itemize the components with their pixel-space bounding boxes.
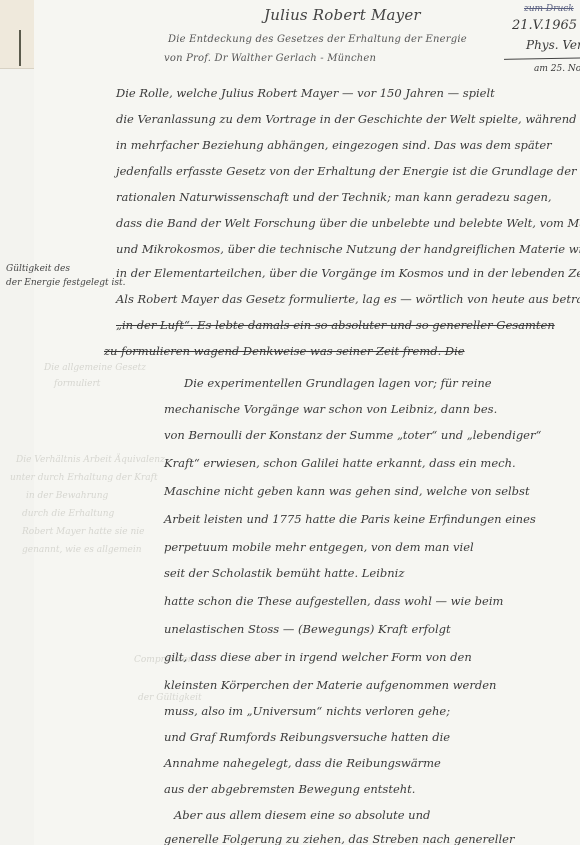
corner-note-struck: zum Druck — [524, 4, 574, 14]
body-line: rationalen Naturwissenschaft und der Tec… — [116, 190, 552, 204]
document-title: Julius Robert Mayer — [264, 6, 421, 24]
body-line: Die experimentellen Grundlagen lagen vor… — [184, 376, 492, 390]
body-line: hatte schon die These aufgestellen, dass… — [164, 594, 503, 608]
margin-note-line: Gültigkeit des — [6, 262, 125, 276]
body-line: kleinsten Körperchen der Materie aufgeno… — [164, 678, 496, 692]
body-line: Die Rolle, welche Julius Robert Mayer — … — [116, 86, 495, 100]
corner-note-rule — [504, 57, 580, 60]
body-line: gilt, dass diese aber in irgend welcher … — [164, 650, 472, 664]
body-line: die Veranlassung zu dem Vortrage in der … — [116, 112, 580, 126]
body-line-struck: zu formulieren wagend Denkweise was sein… — [104, 344, 465, 358]
body-line: und Graf Rumfords Reibungsversuche hatte… — [164, 730, 450, 744]
body-line: und Mikrokosmos, über die technische Nut… — [116, 242, 580, 256]
bleedthrough-text: genannt, wie es allgemein — [22, 542, 142, 558]
body-line: muss, also im „Universum“ nichts verlore… — [164, 704, 450, 718]
manuscript-page: Julius Robert Mayer Die Entdeckung des G… — [34, 0, 580, 845]
body-line: seit der Scholastik bemüht hatte. Leibni… — [164, 566, 404, 580]
body-line: Aber aus allem diesem eine so absolute u… — [174, 808, 430, 822]
body-line: mechanische Vorgänge war schon von Leibn… — [164, 402, 497, 416]
body-line: unelastischen Stoss — (Bewegungs) Kraft … — [164, 622, 451, 636]
tab-mark — [19, 30, 21, 66]
body-line: Annahme nahegelegt, dass die Reibungswär… — [164, 756, 441, 770]
bleedthrough-text: in der Bewahrung — [26, 488, 108, 504]
corner-note-addendum: am 25. November — [534, 64, 580, 74]
body-line: Arbeit leisten und 1775 hatte die Paris … — [164, 512, 536, 526]
body-line: dass die Band der Welt Forschung über di… — [116, 216, 580, 230]
body-line: jedenfalls erfasste Gesetz von der Erhal… — [116, 164, 577, 178]
bleedthrough-text: unter durch Erhaltung der Kraft — [10, 470, 158, 486]
body-line: Als Robert Mayer das Gesetz formulierte,… — [116, 292, 580, 306]
corner-note-recipient: Phys. Ver. Tor. — [526, 38, 580, 52]
body-line: von Bernoulli der Konstanz der Summe „to… — [164, 428, 541, 442]
body-line: in der Elementarteilchen, über die Vorgä… — [116, 266, 580, 280]
archive-tab — [0, 0, 37, 69]
bleedthrough-text: durch die Erhaltung — [22, 506, 114, 522]
document-author: von Prof. Dr Walther Gerlach - München — [164, 53, 376, 64]
bleedthrough-text: Robert Mayer hatte sie nie — [22, 524, 144, 540]
bleedthrough-text: Die allgemeine Gesetz — [44, 360, 146, 376]
corner-note-date: 21.V.1965 an — [512, 18, 580, 33]
margin-note-line: der Energie festgelegt ist. — [6, 276, 125, 290]
body-line: in mehrfacher Beziehung abhängen, eingez… — [116, 138, 552, 152]
body-line: generelle Folgerung zu ziehen, das Streb… — [164, 832, 514, 845]
body-line: perpetuum mobile mehr entgegen, von dem … — [164, 540, 474, 554]
body-line: Maschine nicht geben kann was gehen sind… — [164, 484, 530, 498]
document-subtitle: Die Entdeckung des Gesetzes der Erhaltun… — [168, 34, 467, 45]
body-line: Kraft“ erwiesen, schon Galilei hatte erk… — [164, 456, 516, 470]
bleedthrough-text: Die Verhältnis Arbeit Äquivalenz — [16, 452, 165, 468]
bleedthrough-text: formuliert — [54, 376, 100, 392]
margin-note: Gültigkeit des der Energie festgelegt is… — [6, 262, 125, 290]
body-line: aus der abgebremsten Bewegung entsteht. — [164, 782, 415, 796]
body-line-struck: „in der Luft“. Es lebte damals ein so ab… — [116, 318, 555, 332]
